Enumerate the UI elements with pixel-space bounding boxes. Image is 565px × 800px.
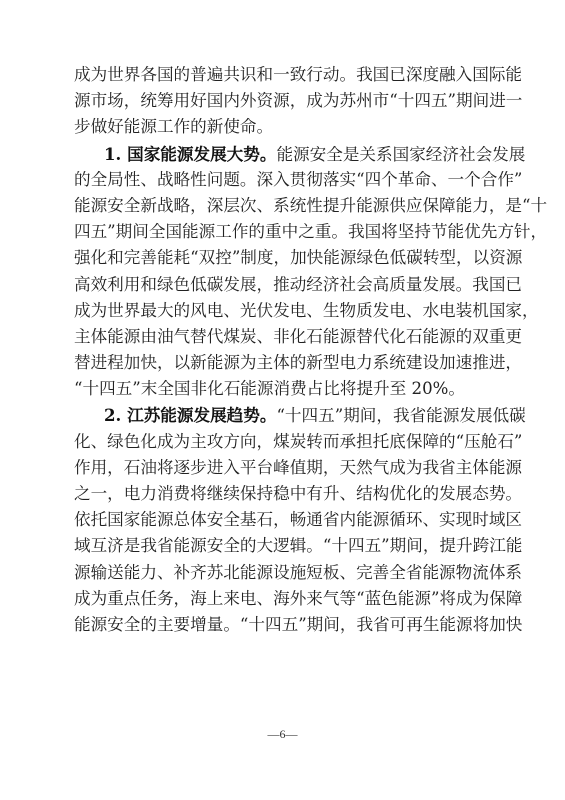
section-heading-line: 2. 江苏能源发展趋势。“十四五”期间，我省能源发展低碳 (74, 402, 484, 428)
text-span: “十四五”期间，我省能源发展低碳 (276, 406, 525, 425)
text-line: 源市场，统筹用好国内外资源，成为苏州市“十四五”期间进一 (74, 88, 484, 114)
text-line: 化、绿色化成为主攻方向，煤炭转而承担托底保障的“压舱石” (74, 429, 484, 455)
text-line: 主体能源由油气替代煤炭、非化石能源替代化石能源的双重更 (74, 324, 484, 350)
text-line: 作用，石油将逐步进入平台峰值期，天然气成为我省主体能源 (74, 455, 484, 481)
text-span: 能源安全是关系国家经济社会发展 (276, 145, 525, 164)
body-text: 成为世界各国的普遍共识和一致行动。我国已深度融入国际能 源市场，统筹用好国内外资… (74, 62, 484, 638)
text-line: 强化和完善能耗“双控”制度，加快能源绿色低碳转型，以资源 (74, 245, 484, 271)
text-line: 成为世界各国的普遍共识和一致行动。我国已深度融入国际能 (74, 62, 484, 88)
text-line: 源输送能力、补齐苏北能源设施短板、完善全省能源物流体系 (74, 560, 484, 586)
page-number: —6— (0, 727, 565, 742)
document-page: 成为世界各国的普遍共识和一致行动。我国已深度融入国际能 源市场，统筹用好国内外资… (0, 0, 565, 800)
text-line: 成为世界最大的风电、光伏发电、生物质发电、水电装机国家， (74, 298, 484, 324)
text-line: 之一，电力消费将继续保持稳中有升、结构优化的发展态势。 (74, 481, 484, 507)
text-line: 的全局性、战略性问题。深入贯彻落实“四个革命、一个合作” (74, 167, 484, 193)
text-line: 步做好能源工作的新使命。 (74, 114, 484, 140)
text-line: 依托国家能源总体安全基石，畅通省内能源循环、实现时域区 (74, 507, 484, 533)
text-line: 成为重点任务，海上来电、海外来气等“蓝色能源”将成为保障 (74, 586, 484, 612)
text-line: 四五”期间全国能源工作的重中之重。我国将坚持节能优先方针， (74, 219, 484, 245)
section-heading-jiangsu: 2. 江苏能源发展趋势。 (104, 405, 276, 425)
text-line: 域互济是我省能源安全的大逻辑。“十四五”期间，提升跨江能 (74, 533, 484, 559)
text-line: 能源安全新战略，深层次、系统性提升能源供应保障能力，是“十 (74, 193, 484, 219)
section-heading-line: 1. 国家能源发展大势。能源安全是关系国家经济社会发展 (74, 141, 484, 167)
section-heading-national: 1. 国家能源发展大势。 (104, 144, 276, 164)
text-line: 替进程加快，以新能源为主体的新型电力系统建设加速推进， (74, 350, 484, 376)
text-line: “十四五”末全国非化石能源消费占比将提升至 20%。 (74, 376, 484, 402)
text-line: 高效利用和绿色低碳发展，推动经济社会高质量发展。我国已 (74, 272, 484, 298)
text-line: 能源安全的主要增量。“十四五”期间，我省可再生能源将加快 (74, 612, 484, 638)
